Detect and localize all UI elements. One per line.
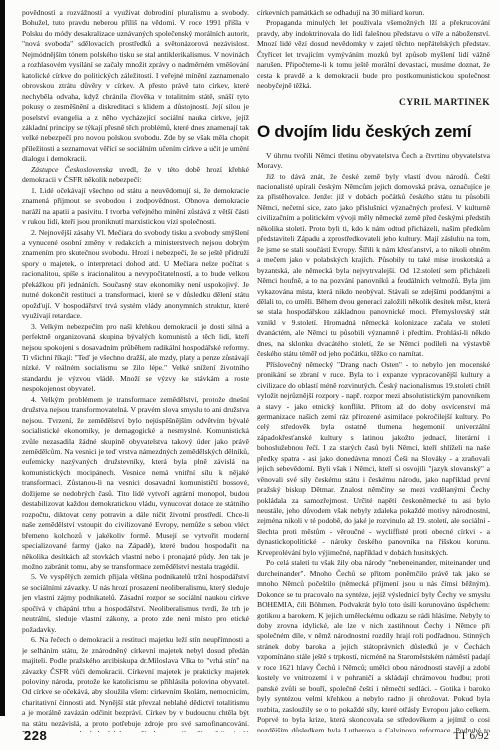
paragraph-closing: Propaganda minulých let používala všemož…	[257, 18, 490, 91]
article-paragraph-4: Po celá staletí tu však žily oba národy …	[257, 558, 490, 732]
article-paragraph-3: Příslovečný německý "Drang nach Osten" -…	[257, 360, 490, 559]
article-paragraph-2: Již to dává znát, že české země byly vla…	[257, 172, 490, 360]
paragraph-continuation: povědností a rozvážností a využívat dobr…	[22, 8, 249, 165]
numbered-point-4: 4. Velkým problémem je transformace země…	[22, 395, 249, 573]
byline: CYRIL MARTINEK	[257, 97, 490, 109]
paragraph-delegate-intro: Zástupce Československa uvedl, že v této…	[22, 165, 249, 186]
article-title: O dvojím lidu českých zemí	[257, 122, 490, 142]
left-column: povědností a rozvážností a využívat dobr…	[22, 8, 249, 732]
page-number: 228	[24, 728, 47, 743]
delegate-designation: Zástupce Československa	[31, 165, 113, 174]
right-column: církevních památkách se odhadují na 30 m…	[257, 8, 490, 732]
numbered-point-3: 3. Velkým nebezpečím pro naši křehkou de…	[22, 322, 249, 395]
numbered-point-6: 6. Na řečech o demokracii a restituci ma…	[22, 635, 249, 732]
scan-edge-artifact	[0, 0, 5, 716]
numbered-point-2: 2. Nejnovější zásahy Vl. Mečiara do svob…	[22, 228, 249, 322]
numbered-point-5: 5. Ve vyspělých zemích přijala většina p…	[22, 572, 249, 635]
paragraph-continuation: církevních památkách se odhadují na 30 m…	[257, 8, 490, 18]
magazine-page: povědností a rozvážností a využívat dobr…	[0, 0, 500, 750]
article-paragraph-1: V úhrnu tvořili Němci třetinu obyvatelst…	[257, 151, 490, 172]
issue-code: TT 6/92	[453, 730, 489, 742]
numbered-point-1: 1. Lidé očekávají všechno od státu a neu…	[22, 186, 249, 228]
